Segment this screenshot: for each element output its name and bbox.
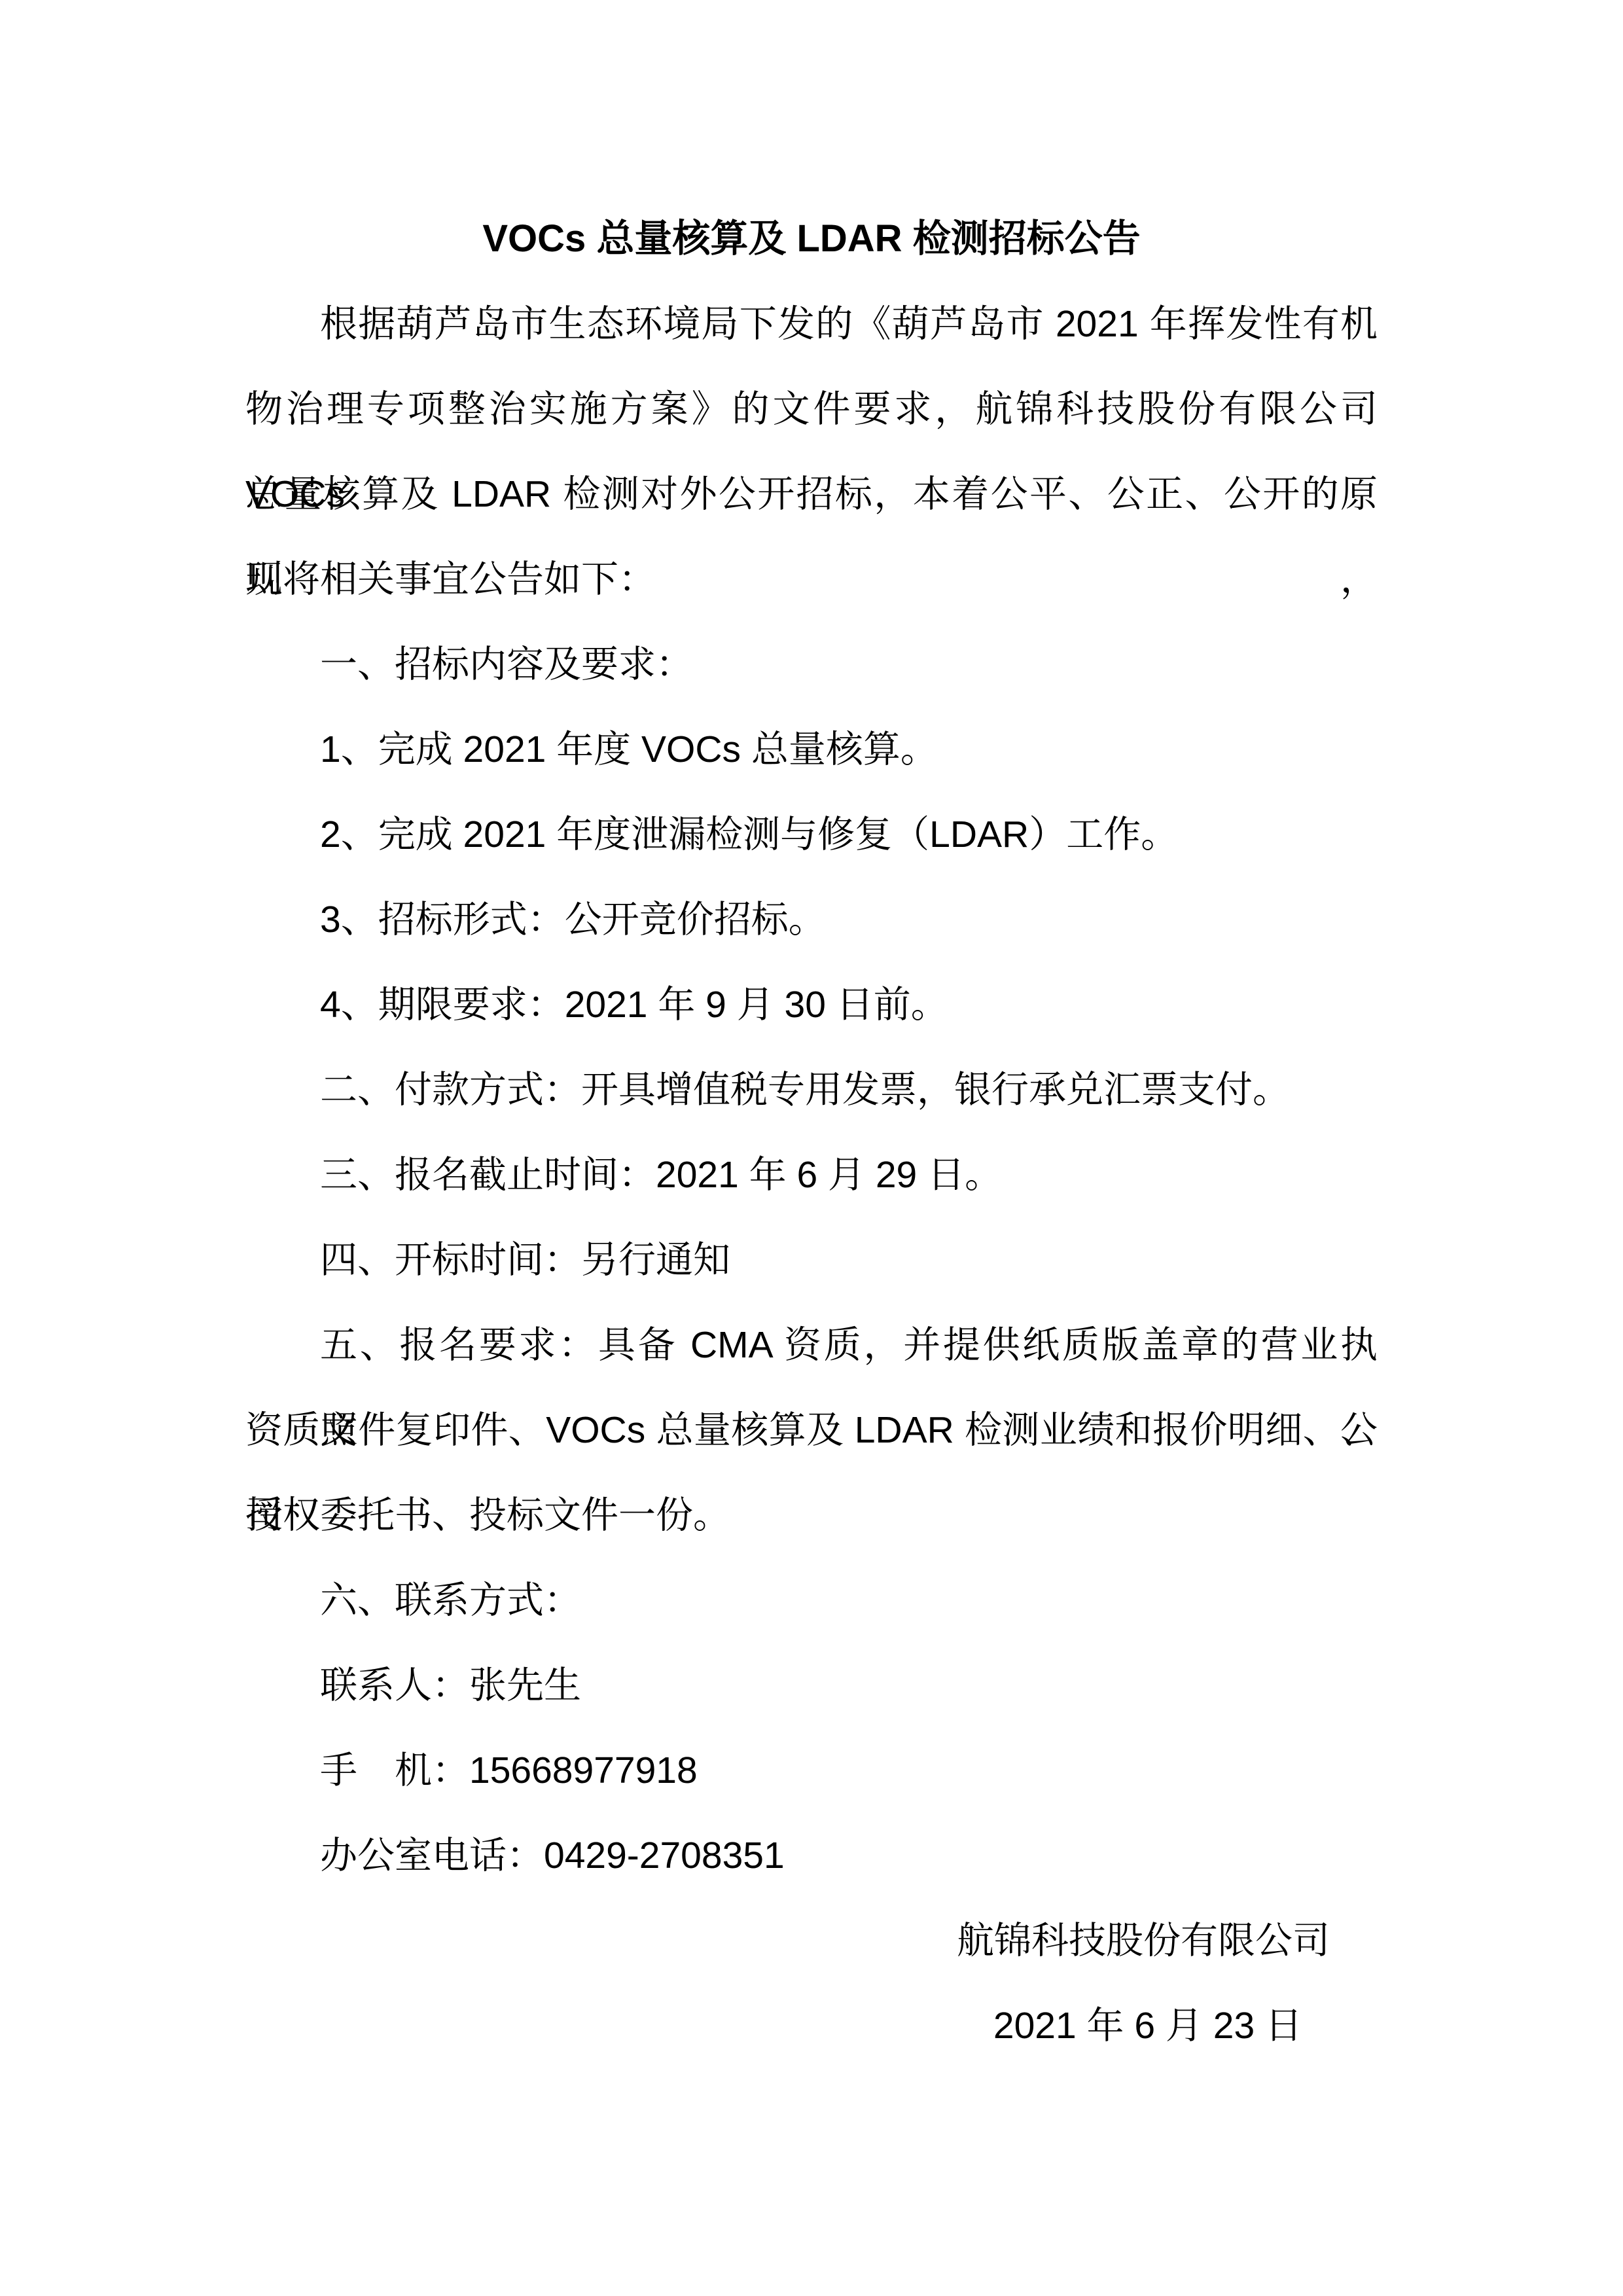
text-line-15: 授权委托书、投标文件一份。 <box>245 1473 1378 1558</box>
text-line-8: 3、招标形式：公开竞价招标。 <box>245 877 1378 962</box>
text-line-14: 资质文件复印件、VOCs 总量核算及 LDAR 检测业绩和报价明细、公司 <box>245 1388 1378 1473</box>
text-line-13: 五、报名要求：具备 CMA 资质，并提供纸质版盖章的营业执照、 <box>245 1302 1378 1388</box>
text-line-1: 根据葫芦岛市生态环境局下发的《葫芦岛市 2021 年挥发性有机 <box>245 281 1378 367</box>
text-line-2: 物治理专项整治实施方案》的文件要求，航锦科技股份有限公司 VOCs <box>245 367 1378 452</box>
text-line-9: 4、期限要求：2021 年 9 月 30 日前。 <box>245 962 1378 1047</box>
document-title: VOCs 总量核算及 LDAR 检测招标公告 <box>245 196 1378 281</box>
text-line-21: 2021 年 6 月 23 日 <box>245 1983 1378 2068</box>
text-line-5: 一、招标内容及要求： <box>245 622 1378 707</box>
document-body: 根据葫芦岛市生态环境局下发的《葫芦岛市 2021 年挥发性有机物治理专项整治实施… <box>245 281 1378 2068</box>
text-line-20: 航锦科技股份有限公司 <box>245 1898 1378 1983</box>
text-line-18: 手 机：15668977918 <box>245 1728 1378 1813</box>
text-line-12: 四、开标时间：另行通知 <box>245 1217 1378 1302</box>
text-line-6: 1、完成 2021 年度 VOCs 总量核算。 <box>245 707 1378 792</box>
text-line-11: 三、报名截止时间：2021 年 6 月 29 日。 <box>245 1132 1378 1217</box>
text-line-7: 2、完成 2021 年度泄漏检测与修复（LDAR）工作。 <box>245 792 1378 877</box>
document-page: VOCs 总量核算及 LDAR 检测招标公告 根据葫芦岛市生态环境局下发的《葫芦… <box>0 0 1623 2296</box>
text-line-16: 六、联系方式： <box>245 1558 1378 1643</box>
text-line-19: 办公室电话：0429-2708351 <box>245 1813 1378 1898</box>
text-line-3: 总量核算及 LDAR 检测对外公开招标，本着公平、公正、公开的原则， <box>245 452 1378 537</box>
text-line-17: 联系人：张先生 <box>245 1643 1378 1728</box>
text-line-10: 二、付款方式：开具增值税专用发票，银行承兑汇票支付。 <box>245 1047 1378 1132</box>
